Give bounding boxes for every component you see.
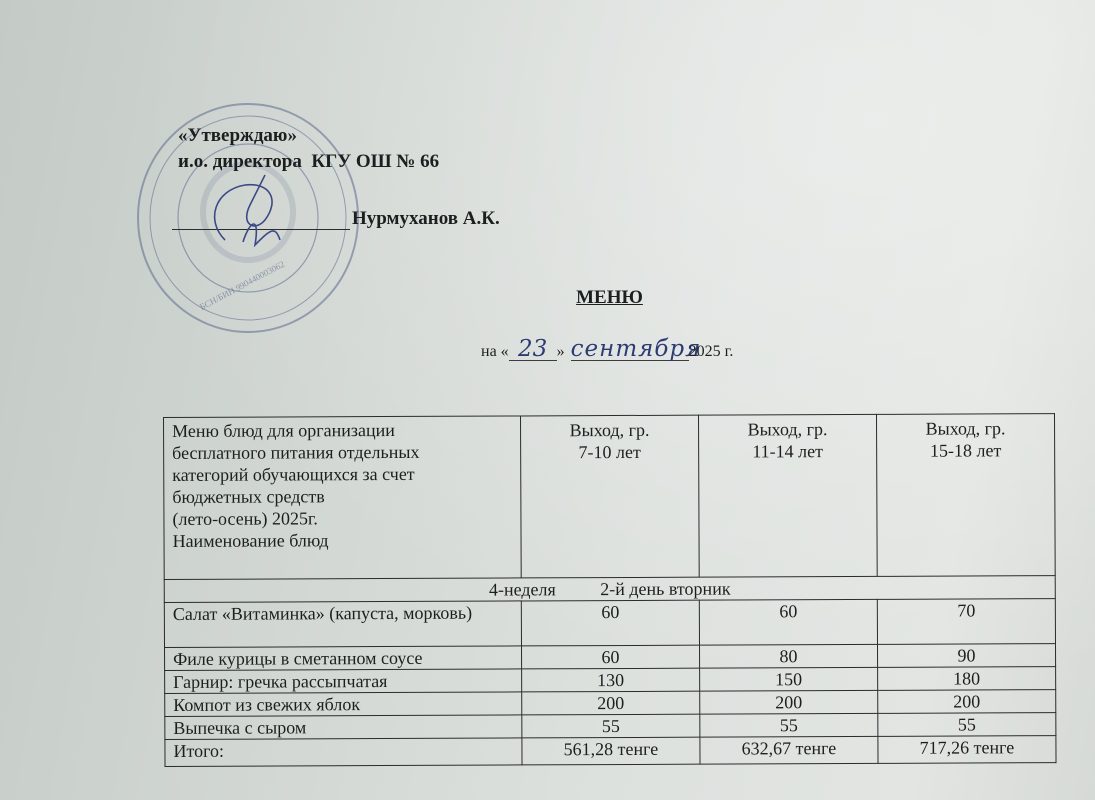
column-age: 15-18 лет	[885, 439, 1046, 462]
dish-name: Филе курицы в сметанном соусе	[165, 646, 522, 671]
column-age: 11-14 лет	[707, 440, 868, 463]
table-row: Салат «Витаминка» (капуста, морковь) 60 …	[164, 599, 1055, 648]
header-line: (лето-осень) 2025г.	[172, 506, 512, 529]
menu-date: на « 23 » сентября 2025 г.	[481, 338, 733, 361]
date-mid: »	[557, 343, 565, 361]
column-age: 7-10 лет	[529, 441, 690, 464]
table-header-row: Меню блюд для организации бесплатного пи…	[164, 414, 1056, 580]
portion-15-18: 90	[877, 644, 1055, 668]
portion-15-18: 70	[877, 599, 1055, 645]
header-col-7-10: Выход, гр. 7-10 лет	[520, 415, 699, 578]
portion-11-14: 55	[700, 713, 878, 737]
date-prefix: на «	[481, 343, 509, 361]
portion-15-18: 180	[878, 667, 1056, 691]
approve-label: «Утверждаю»	[178, 123, 439, 149]
total-row: Итого: 561,28 тенге 632,67 тенге 717,26 …	[165, 736, 1056, 767]
header-line: бюджетных средств	[172, 484, 512, 507]
total-15-18: 717,26 тенге	[878, 736, 1056, 764]
header-line: бесплатного питания отдельных	[172, 440, 512, 463]
total-label: Итого:	[165, 738, 522, 767]
dish-name: Гарнир: гречка рассыпчатая	[165, 669, 522, 694]
portion-11-14: 150	[700, 667, 878, 691]
dish-name: Выпечка с сыром	[165, 715, 522, 740]
portion-11-14: 200	[700, 690, 878, 714]
document-title: МЕНЮ	[452, 287, 643, 308]
signer-name: Нурмуханов А.К.	[352, 208, 500, 230]
portion-11-14: 60	[699, 599, 877, 645]
header-line: категорий обучающихся за счет	[172, 462, 512, 485]
portion-7-10: 55	[522, 714, 700, 738]
date-day-handwritten: 23	[509, 338, 557, 361]
date-year: 2025 г.	[689, 343, 734, 361]
header-line: Меню блюд для организации	[172, 418, 512, 441]
dish-name: Компот из свежих яблок	[165, 692, 522, 717]
portion-15-18: 200	[878, 690, 1056, 714]
header-col-11-14: Выход, гр. 11-14 лет	[698, 414, 877, 577]
day-label: 2-й день вторник	[600, 579, 730, 600]
date-month-handwritten: сентября	[571, 338, 689, 361]
document-title-wrap: МЕНЮ	[0, 287, 1095, 309]
column-label: Выход, гр.	[529, 419, 690, 442]
portion-7-10: 60	[522, 645, 700, 669]
portion-15-18: 55	[878, 713, 1056, 737]
handwritten-signature-icon	[195, 170, 305, 250]
week-label: 4-неделя	[489, 579, 556, 599]
menu-table: Меню блюд для организации бесплатного пи…	[163, 413, 1057, 767]
header-col-15-18: Выход, гр. 15-18 лет	[876, 414, 1055, 577]
dish-name: Салат «Витаминка» (капуста, морковь)	[164, 601, 521, 648]
portion-7-10: 60	[521, 600, 699, 646]
column-label: Выход, гр.	[885, 417, 1046, 440]
header-dish-name: Меню блюд для организации бесплатного пи…	[164, 416, 522, 580]
approval-block: «Утверждаю» и.о. директора КГУ ОШ № 66	[178, 123, 439, 175]
portion-7-10: 200	[522, 691, 700, 715]
total-7-10: 561,28 тенге	[522, 737, 700, 765]
column-label: Выход, гр.	[707, 418, 868, 441]
portion-7-10: 130	[522, 668, 700, 692]
header-line: Наименование блюд	[172, 528, 512, 551]
portion-11-14: 80	[699, 644, 877, 668]
total-11-14: 632,67 тенге	[700, 736, 878, 764]
